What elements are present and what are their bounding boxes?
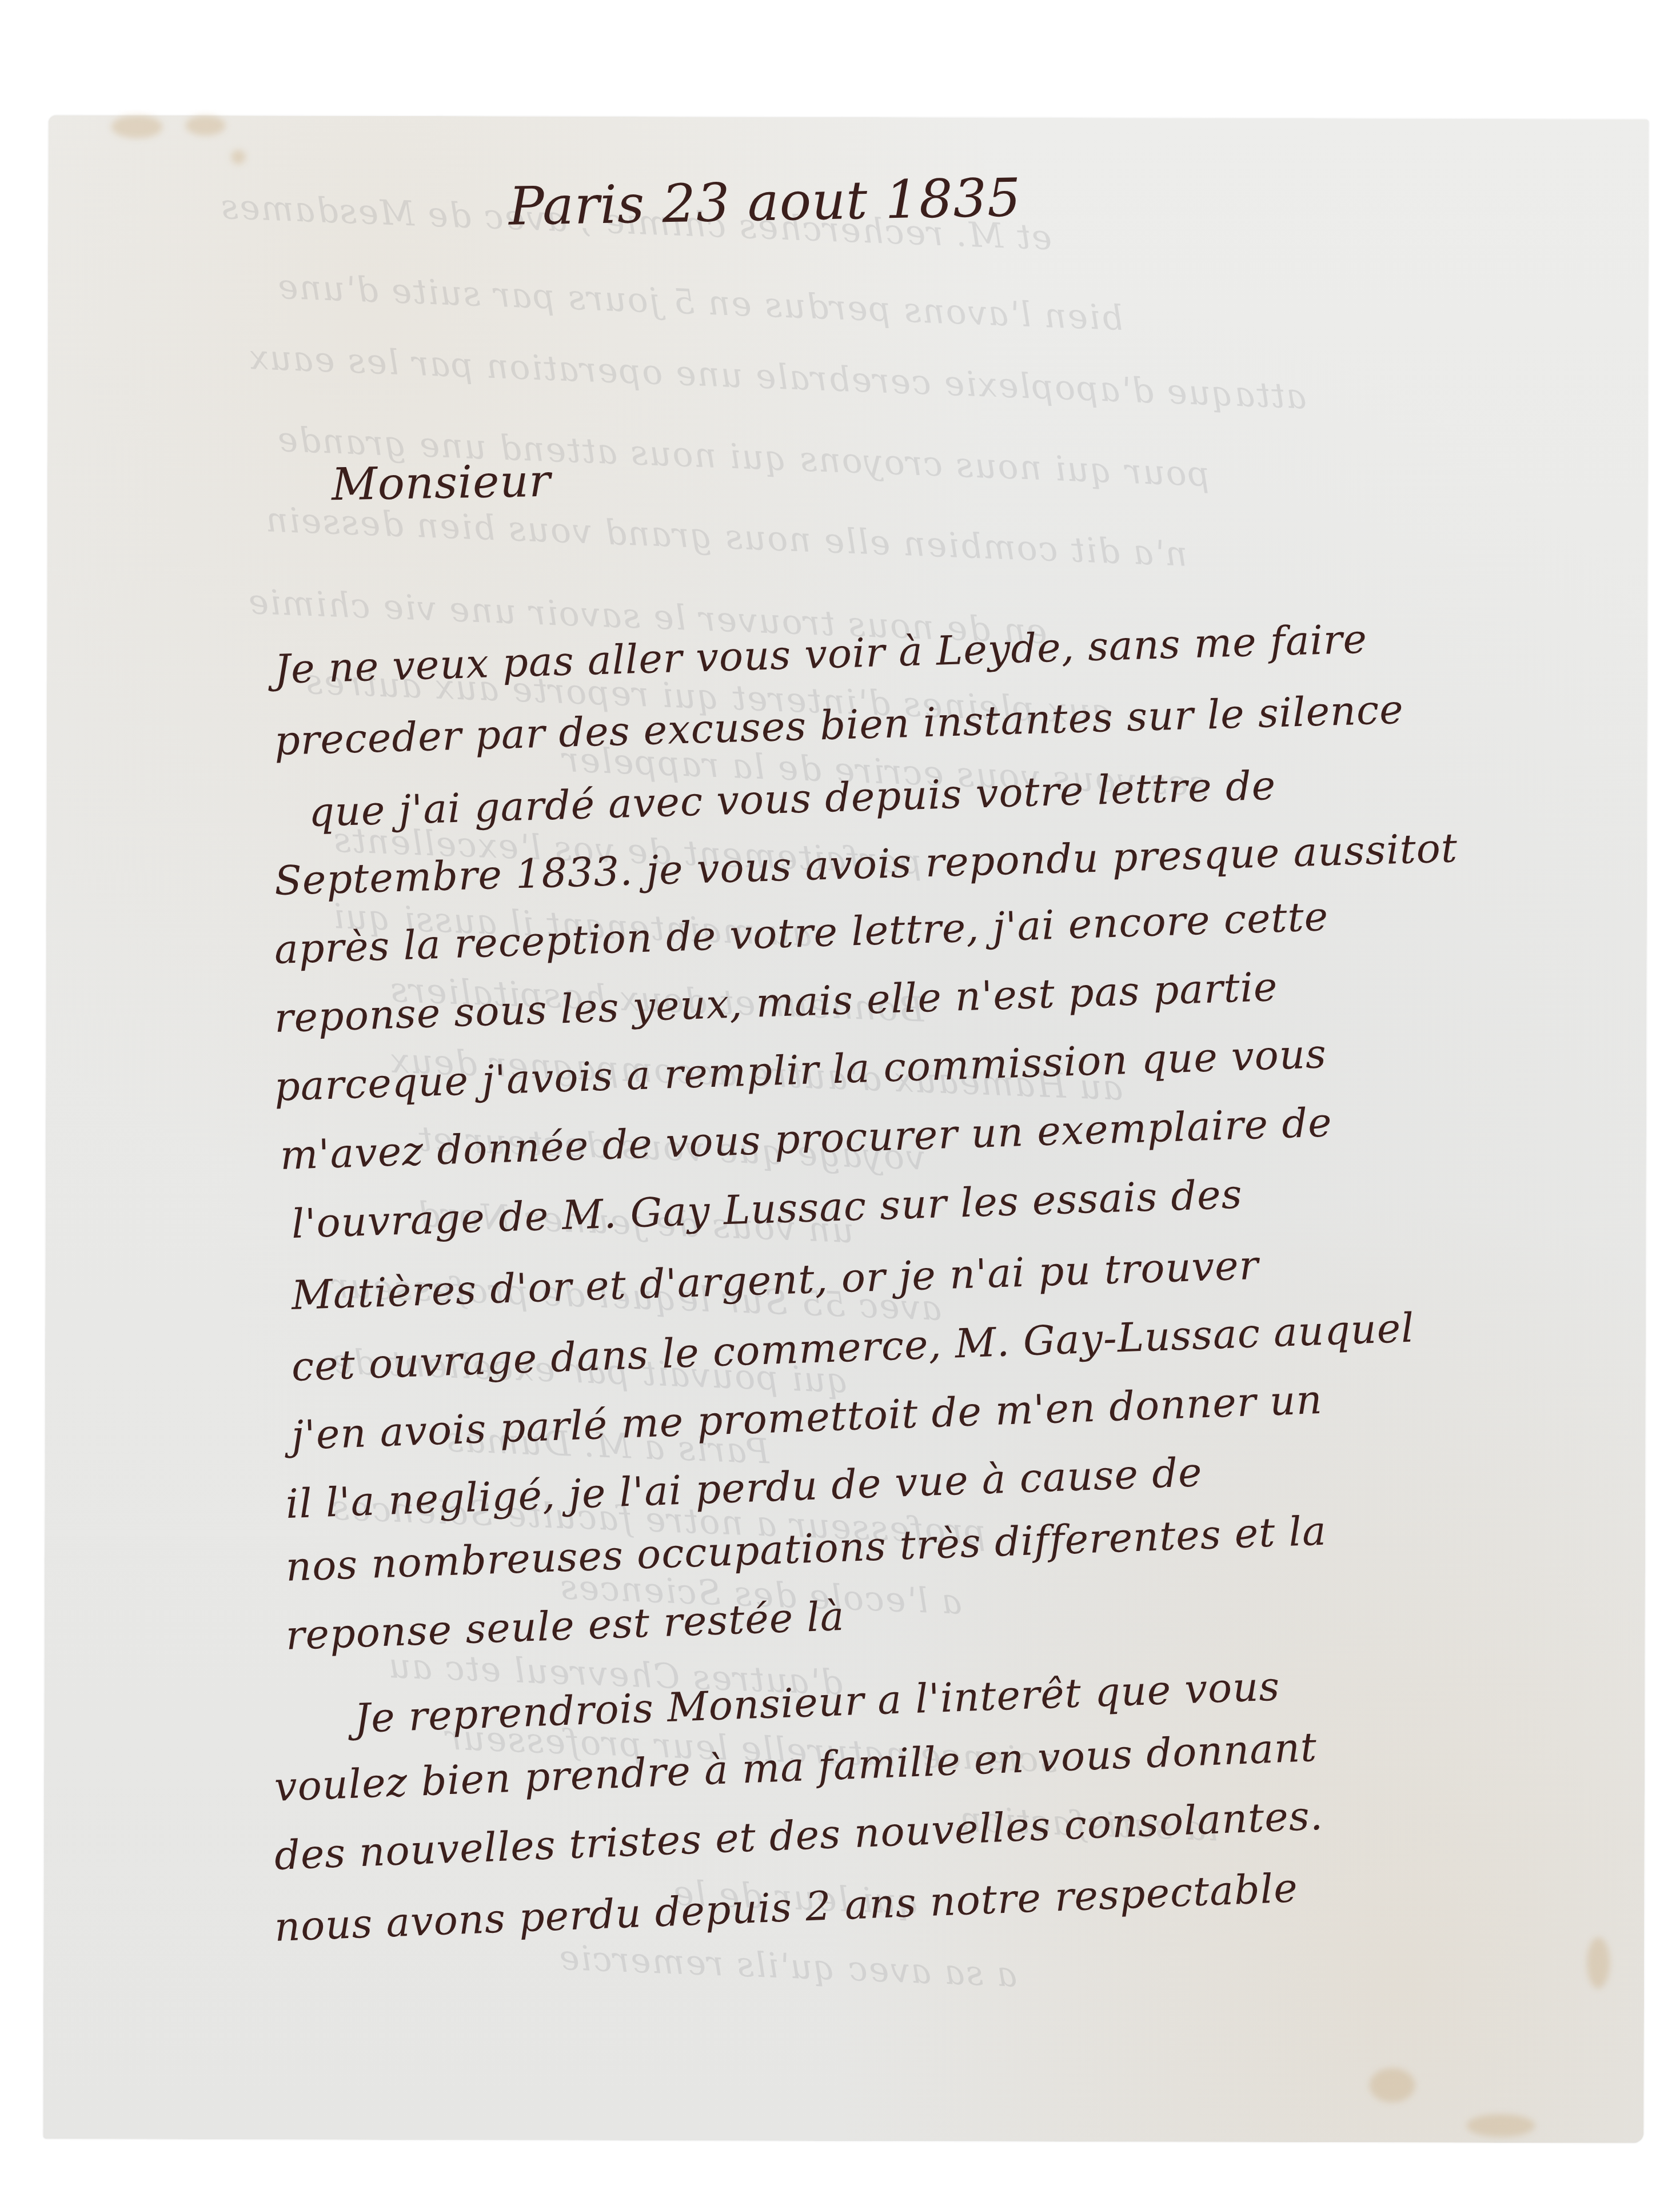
- bleed-through-line: n'a dit combien elle nous grand vous bie…: [264, 500, 1188, 575]
- bleed-through-line: attaque d'apoplexie cerebrale une operat…: [248, 337, 1307, 417]
- foxing-stain: [231, 150, 245, 164]
- bleed-through-line: bien l'avons perdus en 5 jours par suite…: [276, 267, 1124, 339]
- letter-dateline: Paris 23 aout 1835: [508, 167, 1021, 237]
- foxing-stain: [186, 115, 226, 135]
- letter-salutation: Monsieur: [331, 456, 551, 511]
- foxing-stain: [1587, 1937, 1610, 1988]
- foxing-stain: [1466, 2114, 1535, 2137]
- foxing-stain: [1370, 2068, 1415, 2102]
- bleed-through-line: a sa avec qu'ils remercie: [557, 1938, 1018, 1995]
- foxing-stain: [111, 115, 163, 138]
